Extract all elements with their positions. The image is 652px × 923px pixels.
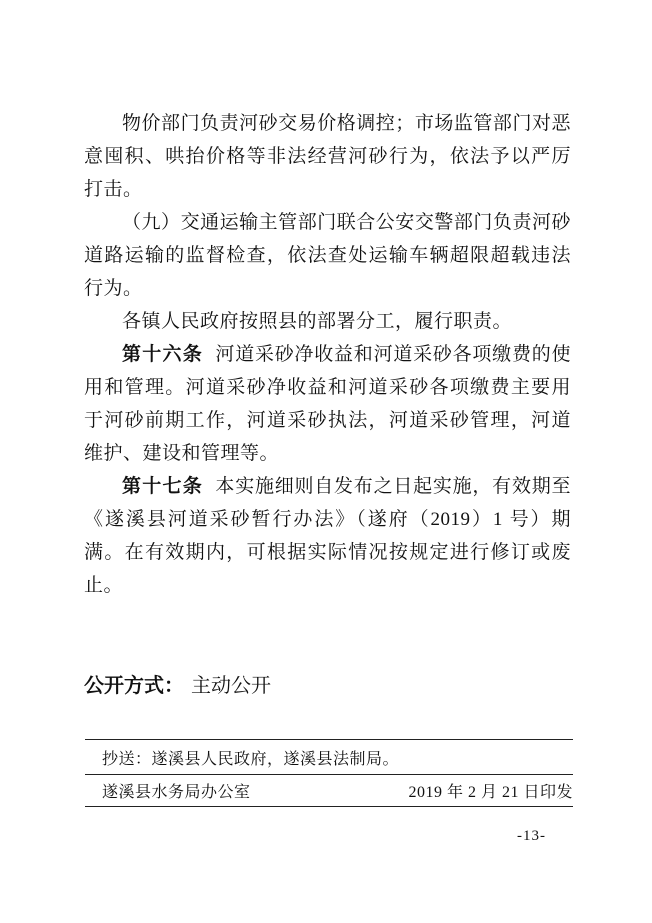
paragraph: 第十六条河道采砂净收益和河道采砂各项缴费的使用和管理。河道采砂净收益和河道采砂各… <box>84 338 571 470</box>
print-date: 2019 年 2 月 21 日印发 <box>408 779 573 802</box>
separator-line <box>85 806 573 807</box>
publish-method-label: 公开方式： <box>84 675 184 697</box>
cc-value: 遂溪县人民政府，遂溪县法制局。 <box>152 746 400 769</box>
cc-row: 抄送：遂溪县人民政府，遂溪县法制局。 <box>85 740 573 774</box>
document-body: 物价部门负责河砂交易价格调控；市场监管部门对恶意囤积、哄抬价格等非法经营河砂行为… <box>84 107 571 602</box>
paragraph: （九）交通运输主管部门联合公安交警部门负责河砂道路运输的监督检查，依法查处运输车… <box>84 206 571 305</box>
paragraph-text: 各镇人民政府按照县的部署分工，履行职责。 <box>122 311 512 332</box>
page-number: -13- <box>517 828 546 845</box>
paragraph: 第十七条本实施细则自发布之日起实施，有效期至《遂溪县河道采砂暂行办法》（遂府（2… <box>84 470 571 602</box>
paragraph-text: 物价部门负责河砂交易价格调控；市场监管部门对恶意囤积、哄抬价格等非法经营河砂行为… <box>84 113 571 200</box>
cc-label: 抄送： <box>102 746 152 769</box>
paragraph: 各镇人民政府按照县的部署分工，履行职责。 <box>84 305 571 338</box>
publish-method-value: 主动公开 <box>191 675 271 697</box>
issuing-office: 遂溪县水务局办公室 <box>102 779 251 802</box>
article-number: 第十七条 <box>122 476 203 497</box>
document-page: 物价部门负责河砂交易价格调控；市场监管部门对恶意囤积、哄抬价格等非法经营河砂行为… <box>0 0 652 923</box>
publish-method-row: 公开方式：主动公开 <box>84 672 271 700</box>
paragraph-text: （九）交通运输主管部门联合公安交警部门负责河砂道路运输的监督检查，依法查处运输车… <box>84 212 571 299</box>
issuer-row: 遂溪县水务局办公室 2019 年 2 月 21 日印发 <box>85 774 573 806</box>
paragraph: 物价部门负责河砂交易价格调控；市场监管部门对恶意囤积、哄抬价格等非法经营河砂行为… <box>84 107 571 206</box>
article-number: 第十六条 <box>122 344 203 365</box>
